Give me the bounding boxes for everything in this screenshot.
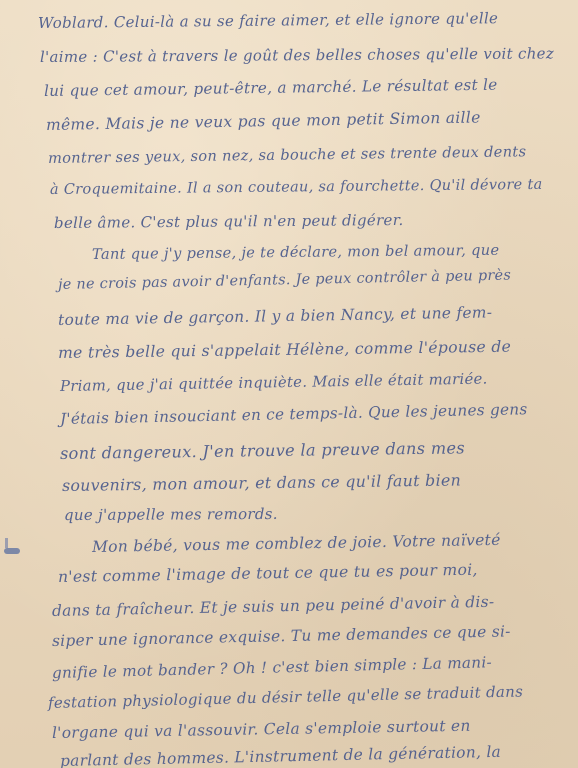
letter-line: gnifie le mot bander ? Oh ! c'est bien s… xyxy=(52,653,492,682)
letter-line: parlant des hommes. L'instrument de la g… xyxy=(60,743,501,768)
letter-line: lui que cet amour, peut-être, a marché. … xyxy=(44,76,498,100)
letter-line: n'est comme l'image de tout ce que tu es… xyxy=(58,561,478,586)
letter-line: Mon bébé, vous me comblez de joie. Votre… xyxy=(92,531,501,556)
letter-line: siper une ignorance exquise. Tu me deman… xyxy=(52,622,511,650)
letter-line: Woblard. Celui-là a su se faire aimer, e… xyxy=(38,9,498,32)
letter-line: montrer ses yeux, son nez, sa bouche et … xyxy=(48,143,527,167)
letter-line: J'étais bien insouciant en ce temps-là. … xyxy=(60,400,528,428)
letter-line: toute ma vie de garçon. Il y a bien Nanc… xyxy=(58,303,493,329)
letter-line: sont dangereux. J'en trouve la preuve da… xyxy=(60,438,465,463)
letter-line: Tant que j'y pense, je te déclare, mon b… xyxy=(92,242,500,263)
letter-line: me très belle qui s'appelait Hélène, com… xyxy=(58,338,511,362)
letter-line: même. Mais je ne veux pas que mon petit … xyxy=(46,108,481,134)
letter-line: Priam, que j'ai quittée inquiète. Mais e… xyxy=(60,371,488,395)
letter-line: à Croquemitaine. Il a son couteau, sa fo… xyxy=(50,177,543,198)
letter-page: Woblard. Celui-là a su se faire aimer, e… xyxy=(0,0,578,768)
letter-line: festation physiologique du désir telle q… xyxy=(48,682,524,712)
letter-line: souvenirs, mon amour, et dans ce qu'il f… xyxy=(62,470,461,495)
letter-line: belle âme. C'est plus qu'il n'en peut di… xyxy=(54,211,404,232)
letter-line: l'aime : C'est à travers le goût des bel… xyxy=(40,44,554,66)
margin-ink-mark xyxy=(4,548,20,554)
letter-line: je ne crois pas avoir d'enfants. Je peux… xyxy=(58,268,511,293)
letter-line: que j'appelle mes remords. xyxy=(64,505,278,524)
margin-ink-mark xyxy=(5,538,8,548)
letter-line: l'organe qui va l'assouvir. Cela s'emplo… xyxy=(52,717,471,742)
letter-line: dans ta fraîcheur. Et je suis un peu pei… xyxy=(52,593,495,620)
